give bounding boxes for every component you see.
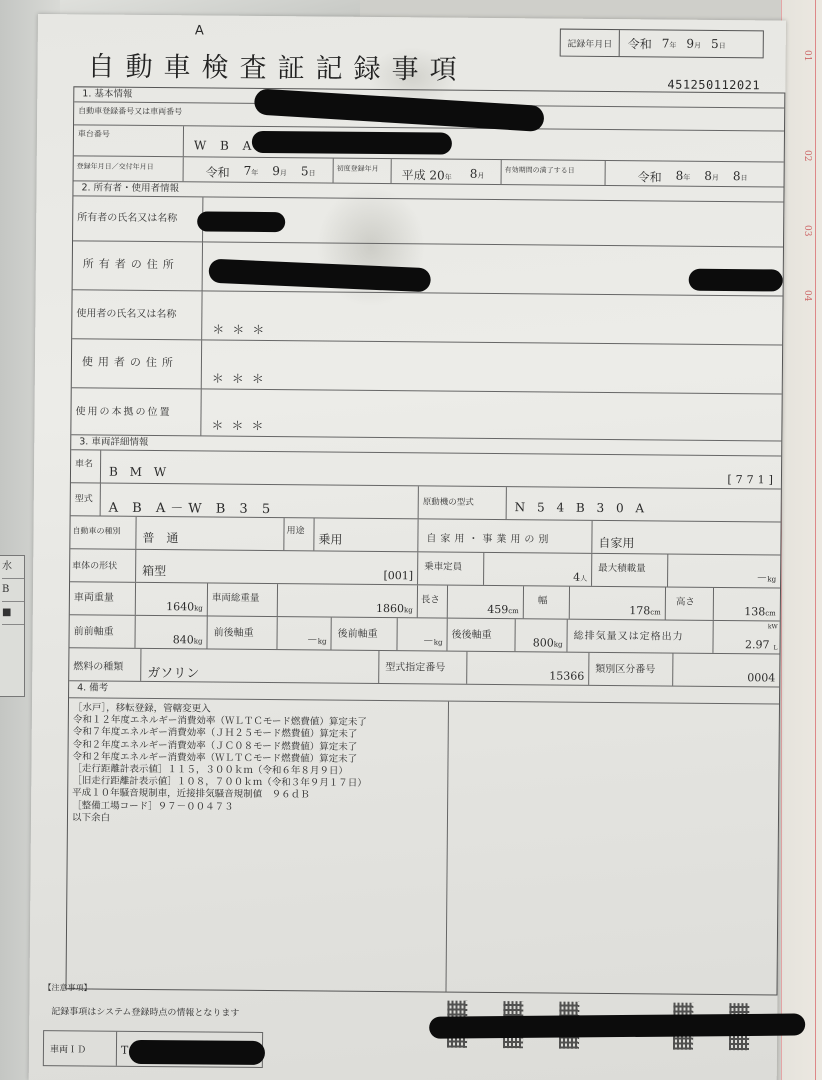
unit: kg [194, 604, 203, 612]
usage-value: 乗用 [314, 518, 418, 551]
number: － [423, 634, 434, 647]
expiry-date-label: 有効期間の満了する日 [502, 160, 606, 185]
unit: 月 [694, 42, 701, 50]
vehicle-class-label: 自動車の種別 [70, 516, 136, 549]
bg-char: ■ [2, 602, 24, 625]
rf-axle-value: －kg [397, 618, 447, 650]
masked-value: ＊＊＊ [212, 321, 272, 339]
row-user-name: 使用者の氏名又は名称 ＊＊＊ [72, 290, 782, 345]
number: 800 [533, 636, 554, 649]
vehicle-id-label: 車両ＩＤ [44, 1031, 117, 1066]
private-business-label: 自家用・事業用の別 [418, 519, 592, 553]
category-number-label: 類別区分番号 [589, 653, 673, 686]
max-load-value: －kg [668, 555, 780, 588]
day: 8 [733, 169, 741, 183]
bg-mark: 04 [802, 290, 812, 301]
bg-mark: 03 [802, 225, 812, 236]
record-date-box: 記録年月日 令和 7年 9月 5日 [560, 29, 764, 59]
vehicle-id-box: 車両ＩＤ T [43, 1030, 263, 1068]
engine-model-label: 原動機の型式 [419, 486, 507, 519]
first-registration-value: 平成 20年 8月 [392, 159, 502, 184]
bg-mark: 01 [802, 50, 812, 61]
type-designation-label: 型式指定番号 [379, 651, 467, 684]
unit: kg [318, 637, 327, 645]
era: 令和 [638, 168, 662, 185]
owner-address-value [203, 242, 783, 295]
unit: 年 [669, 42, 676, 50]
rf-axle-label: 後前軸重 [331, 618, 397, 651]
body-shape-label: 車体の形状 [70, 549, 136, 582]
registration-date-label: 登録年月日／交付年月日 [74, 156, 184, 181]
record-date-value: 令和 7年 9月 5日 [620, 30, 763, 57]
max-load-label: 最大積載量 [592, 554, 668, 587]
ff-axle-label: 前前軸重 [69, 615, 135, 648]
year: 7 [244, 164, 252, 178]
category-number-value: 0004 [673, 654, 779, 687]
gross-weight-value: 1860kg [278, 584, 418, 617]
body-shape-text: 箱型 [142, 564, 166, 578]
day: 5 [711, 37, 719, 51]
unit: cm [508, 607, 519, 615]
document-title: 自動車検査証記録事項 [87, 44, 467, 86]
redaction-mark [208, 259, 431, 293]
era: 令和 [206, 163, 230, 181]
vehicle-name-value: B M W [771] [101, 451, 781, 489]
base-location-value: ＊＊＊ [201, 389, 781, 440]
bg-char: B [2, 579, 24, 602]
max-load-number: － [756, 571, 767, 584]
width-value: 178cm [570, 587, 666, 620]
bg-char: 水 [2, 556, 24, 579]
type-designation-value: 15366 [467, 652, 589, 685]
remark-line: 以下余白 [72, 812, 443, 827]
user-address-label: 使用者の住所 [72, 339, 202, 388]
year: 8 [676, 169, 684, 183]
redaction-mark [429, 1013, 805, 1038]
corner-mark: A [195, 23, 204, 38]
row-fuel-type-numbers: 燃料の種類 ガソリン 型式指定番号 15366 類別区分番号 0004 [69, 648, 779, 687]
day: 5 [301, 164, 309, 178]
unit: kg [404, 606, 413, 614]
background-left-form: 水 B ■ [0, 555, 25, 697]
user-address-value: ＊＊＊ [202, 340, 782, 393]
remarks-area: ［水戸］，移転登録，管轄変更入令和１２年度エネルギー消費効率（ＷＬＴＣモード燃費… [66, 698, 779, 994]
base-location-label: 使用の本拠の位置 [71, 388, 201, 435]
unit: kg [767, 575, 776, 583]
redaction-mark [689, 269, 783, 292]
row-owner-name: 所有者の氏名又は名称 [73, 196, 783, 247]
vehicle-name-label: 車名 [71, 450, 101, 482]
first-registration-label: 初度登録年月 [334, 159, 392, 184]
unit: 人 [580, 575, 587, 583]
vehicle-id-value: T [117, 1032, 262, 1067]
number: 1640 [166, 600, 194, 613]
label-text: 自動車登録番号又は車両番号 [78, 106, 182, 116]
red-rule [815, 0, 816, 1080]
vehicle-weight-label: 車両重量 [70, 582, 136, 615]
record-date-label: 記録年月日 [561, 30, 620, 57]
vehicle-name-code: [771] [727, 473, 777, 486]
document-number: 451250112021 [667, 77, 760, 92]
owner-name-label: 所有者の氏名又は名称 [73, 196, 203, 241]
length-label: 長さ [418, 585, 448, 617]
engine-model-value: N 5 4 B 3 0 A [507, 487, 781, 521]
rr-axle-value: 800kg [515, 619, 567, 651]
number: 0004 [747, 671, 775, 684]
model-value: A B A－W B 3 5 [101, 484, 419, 519]
user-name-label: 使用者の氏名又は名称 [72, 290, 202, 339]
redaction-mark [252, 131, 452, 155]
height-label: 高さ [666, 588, 714, 620]
expiry-date-value: 令和 8年 8月 8日 [606, 161, 784, 187]
owner-address-label: 所有者の住所 [73, 241, 203, 290]
body-shape-code: [001] [383, 569, 413, 582]
vehicle-id-visible: T [121, 1044, 128, 1057]
masked-value: ＊＊＊ [212, 370, 272, 388]
user-name-value: ＊＊＊ [202, 291, 782, 344]
unit-kw: kW [768, 623, 778, 630]
month: 8 [470, 167, 478, 181]
fuel-value: ガソリン [141, 649, 379, 683]
rr-axle-label: 後後軸重 [447, 619, 515, 652]
number: 459 [487, 603, 508, 616]
vehicle-weight-value: 1640kg [136, 583, 208, 616]
body-shape-value: 箱型 [001] [136, 550, 418, 584]
redaction-mark [129, 1040, 265, 1065]
row-base-location: 使用の本拠の位置 ＊＊＊ [71, 388, 781, 441]
row-owner-address: 所有者の住所 [73, 241, 783, 296]
vehicle-name-text: B M W [109, 465, 170, 480]
number: 2.97 [745, 638, 770, 651]
number: 178 [629, 604, 650, 617]
inspection-certificate-paper: A 自動車検査証記録事項 記録年月日 令和 7年 9月 5日 451250112… [29, 14, 786, 1080]
displacement-value: 2.97 kW L [713, 621, 779, 654]
length-value: 459cm [448, 586, 524, 619]
record-form: 1. 基本情報 自動車登録番号又は車両番号 車台番号 W B A W 登録年月日… [65, 86, 785, 995]
notes-text: 記録事項はシステム登録時点の情報となります [51, 1004, 239, 1019]
unit: cm [765, 609, 776, 617]
number: 138 [744, 605, 765, 618]
ff-axle-value: 840kg [135, 616, 207, 649]
notes-heading: 【注意事項】 [43, 982, 91, 993]
private-business-value: 自家用 [592, 521, 780, 555]
number: 840 [173, 633, 194, 646]
era: 令和 [628, 35, 652, 52]
year: 20 [429, 168, 444, 182]
number: － [307, 633, 318, 646]
unit: kg [554, 641, 563, 649]
fr-axle-value: －kg [277, 617, 331, 649]
era: 平成 [402, 168, 426, 182]
capacity-value: 4人 [484, 553, 592, 586]
unit: 日 [719, 42, 726, 50]
bg-mark: 02 [802, 150, 812, 161]
chassis-number-value: W B A W [184, 126, 784, 161]
owner-name-value [203, 197, 783, 246]
unit-l: L [773, 644, 777, 651]
chassis-number-label: 車台番号 [74, 125, 184, 156]
unit: cm [650, 608, 661, 616]
width-label: 幅 [524, 586, 570, 618]
displacement-label: 総排気量又は定格出力 [567, 620, 713, 653]
fuel-label: 燃料の種類 [69, 648, 141, 681]
capacity-label: 乗車定員 [418, 552, 484, 585]
qr-code-group [38, 14, 786, 21]
unit: kg [434, 638, 443, 646]
redaction-mark [197, 211, 285, 232]
height-value: 138cm [714, 588, 780, 621]
number: 15366 [549, 669, 584, 682]
remarks-empty-column [446, 702, 779, 995]
masked-value: ＊＊＊ [211, 417, 271, 435]
row-user-address: 使用者の住所 ＊＊＊ [72, 339, 782, 394]
registration-date-value: 令和 7年 9月 5日 [184, 157, 334, 182]
vehicle-class-value: 普 通 [136, 517, 284, 550]
background-paper-right: 01 02 03 04 [781, 0, 822, 1080]
remarks-text: ［水戸］，移転登録，管轄変更入令和１２年度エネルギー消費効率（ＷＬＴＣモード燃費… [66, 698, 449, 991]
number: 1860 [376, 602, 404, 615]
fr-axle-label: 前後軸重 [207, 617, 277, 650]
year: 7 [662, 36, 670, 50]
model-label: 型式 [71, 483, 101, 515]
unit: kg [194, 637, 203, 645]
usage-label: 用途 [284, 518, 314, 550]
gross-weight-label: 車両総重量 [208, 584, 278, 617]
